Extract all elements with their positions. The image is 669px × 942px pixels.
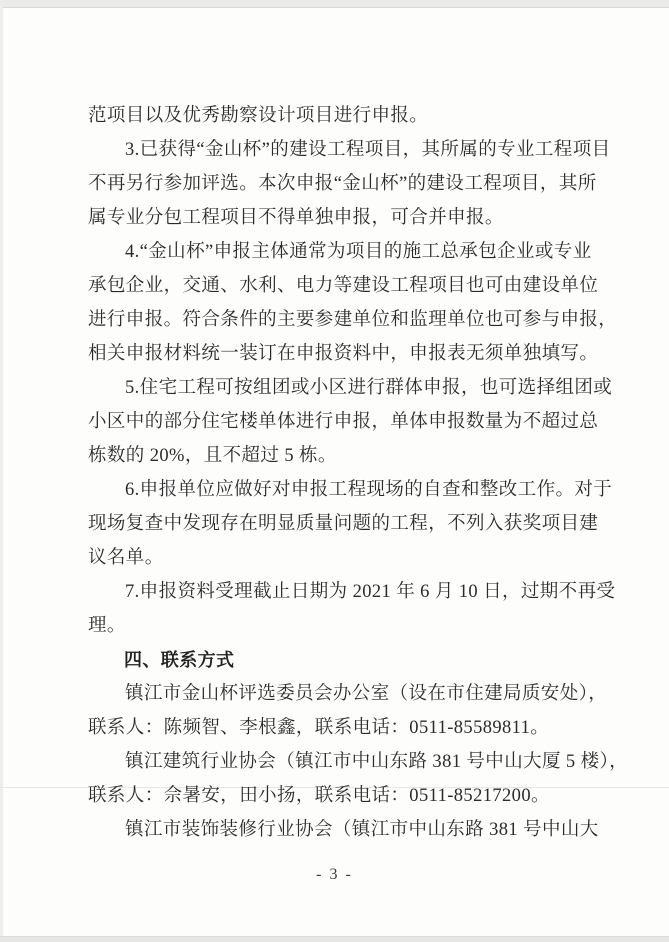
scanned-document-page: 范项目以及优秀勘察设计项目进行申报。 3.已获得“金山杯”的建设工程项目，其所属… <box>0 0 669 942</box>
body-line: 小区中的部分住宅楼单体进行申报，单体申报数量为不超过总 <box>88 405 602 439</box>
body-line: 6.申报单位应做好对申报工程现场的自查和整改工作。对于 <box>88 473 602 507</box>
contact-line-assoc-1: 镇江建筑行业协会（镇江市中山东路 381 号中山大厦 5 楼）， <box>88 745 602 779</box>
body-line: 理。 <box>88 609 602 643</box>
scan-edge-left <box>0 0 3 942</box>
contact-line-assoc-2: 镇江市装饰装修行业协会（镇江市中山东路 381 号中山大 <box>88 813 602 847</box>
document-body: 范项目以及优秀勘察设计项目进行申报。 3.已获得“金山杯”的建设工程项目，其所属… <box>88 99 602 847</box>
body-line: 范项目以及优秀勘察设计项目进行申报。 <box>88 99 602 133</box>
body-line: 3.已获得“金山杯”的建设工程项目，其所属的专业工程项目 <box>88 133 602 167</box>
contact-line-phone-1: 联系人：陈频智、李根鑫，联系电话：0511-85589811。 <box>88 711 602 745</box>
scan-edge-top <box>0 0 669 8</box>
body-line: 5.住宅工程可按组团或小区进行群体申报，也可选择组团或 <box>88 371 602 405</box>
body-line: 进行申报。符合条件的主要参建单位和监理单位也可参与申报， <box>88 303 602 337</box>
body-line: 相关申报材料统一装订在申报资料中，申报表无须单独填写。 <box>88 337 602 371</box>
page-number: - 3 - <box>0 866 669 884</box>
body-line: 承包企业，交通、水利、电力等建设工程项目也可由建设单位 <box>88 269 602 303</box>
contact-line-office: 镇江市金山杯评选委员会办公室（设在市住建局质安处）， <box>88 677 602 711</box>
section-heading-contact: 四、联系方式 <box>88 643 602 677</box>
body-line: 栋数的 20%，且不超过 5 栋。 <box>88 439 602 473</box>
body-line: 属专业分包工程项目不得单独申报，可合并申报。 <box>88 201 602 235</box>
body-line: 7.申报资料受理截止日期为 2021 年 6 月 10 日，过期不再受 <box>88 575 602 609</box>
body-line: 议名单。 <box>88 541 602 575</box>
contact-line-phone-2: 联系人：佘暑安，田小扬，联系电话：0511-85217200。 <box>88 779 602 813</box>
scan-edge-bottom <box>0 936 669 942</box>
body-line: 不再另行参加评选。本次申报“金山杯”的建设工程项目，其所 <box>88 167 602 201</box>
body-line: 4.“金山杯”申报主体通常为项目的施工总承包企业或专业 <box>88 235 602 269</box>
body-line: 现场复查中发现存在明显质量问题的工程，不列入获奖项目建 <box>88 507 602 541</box>
